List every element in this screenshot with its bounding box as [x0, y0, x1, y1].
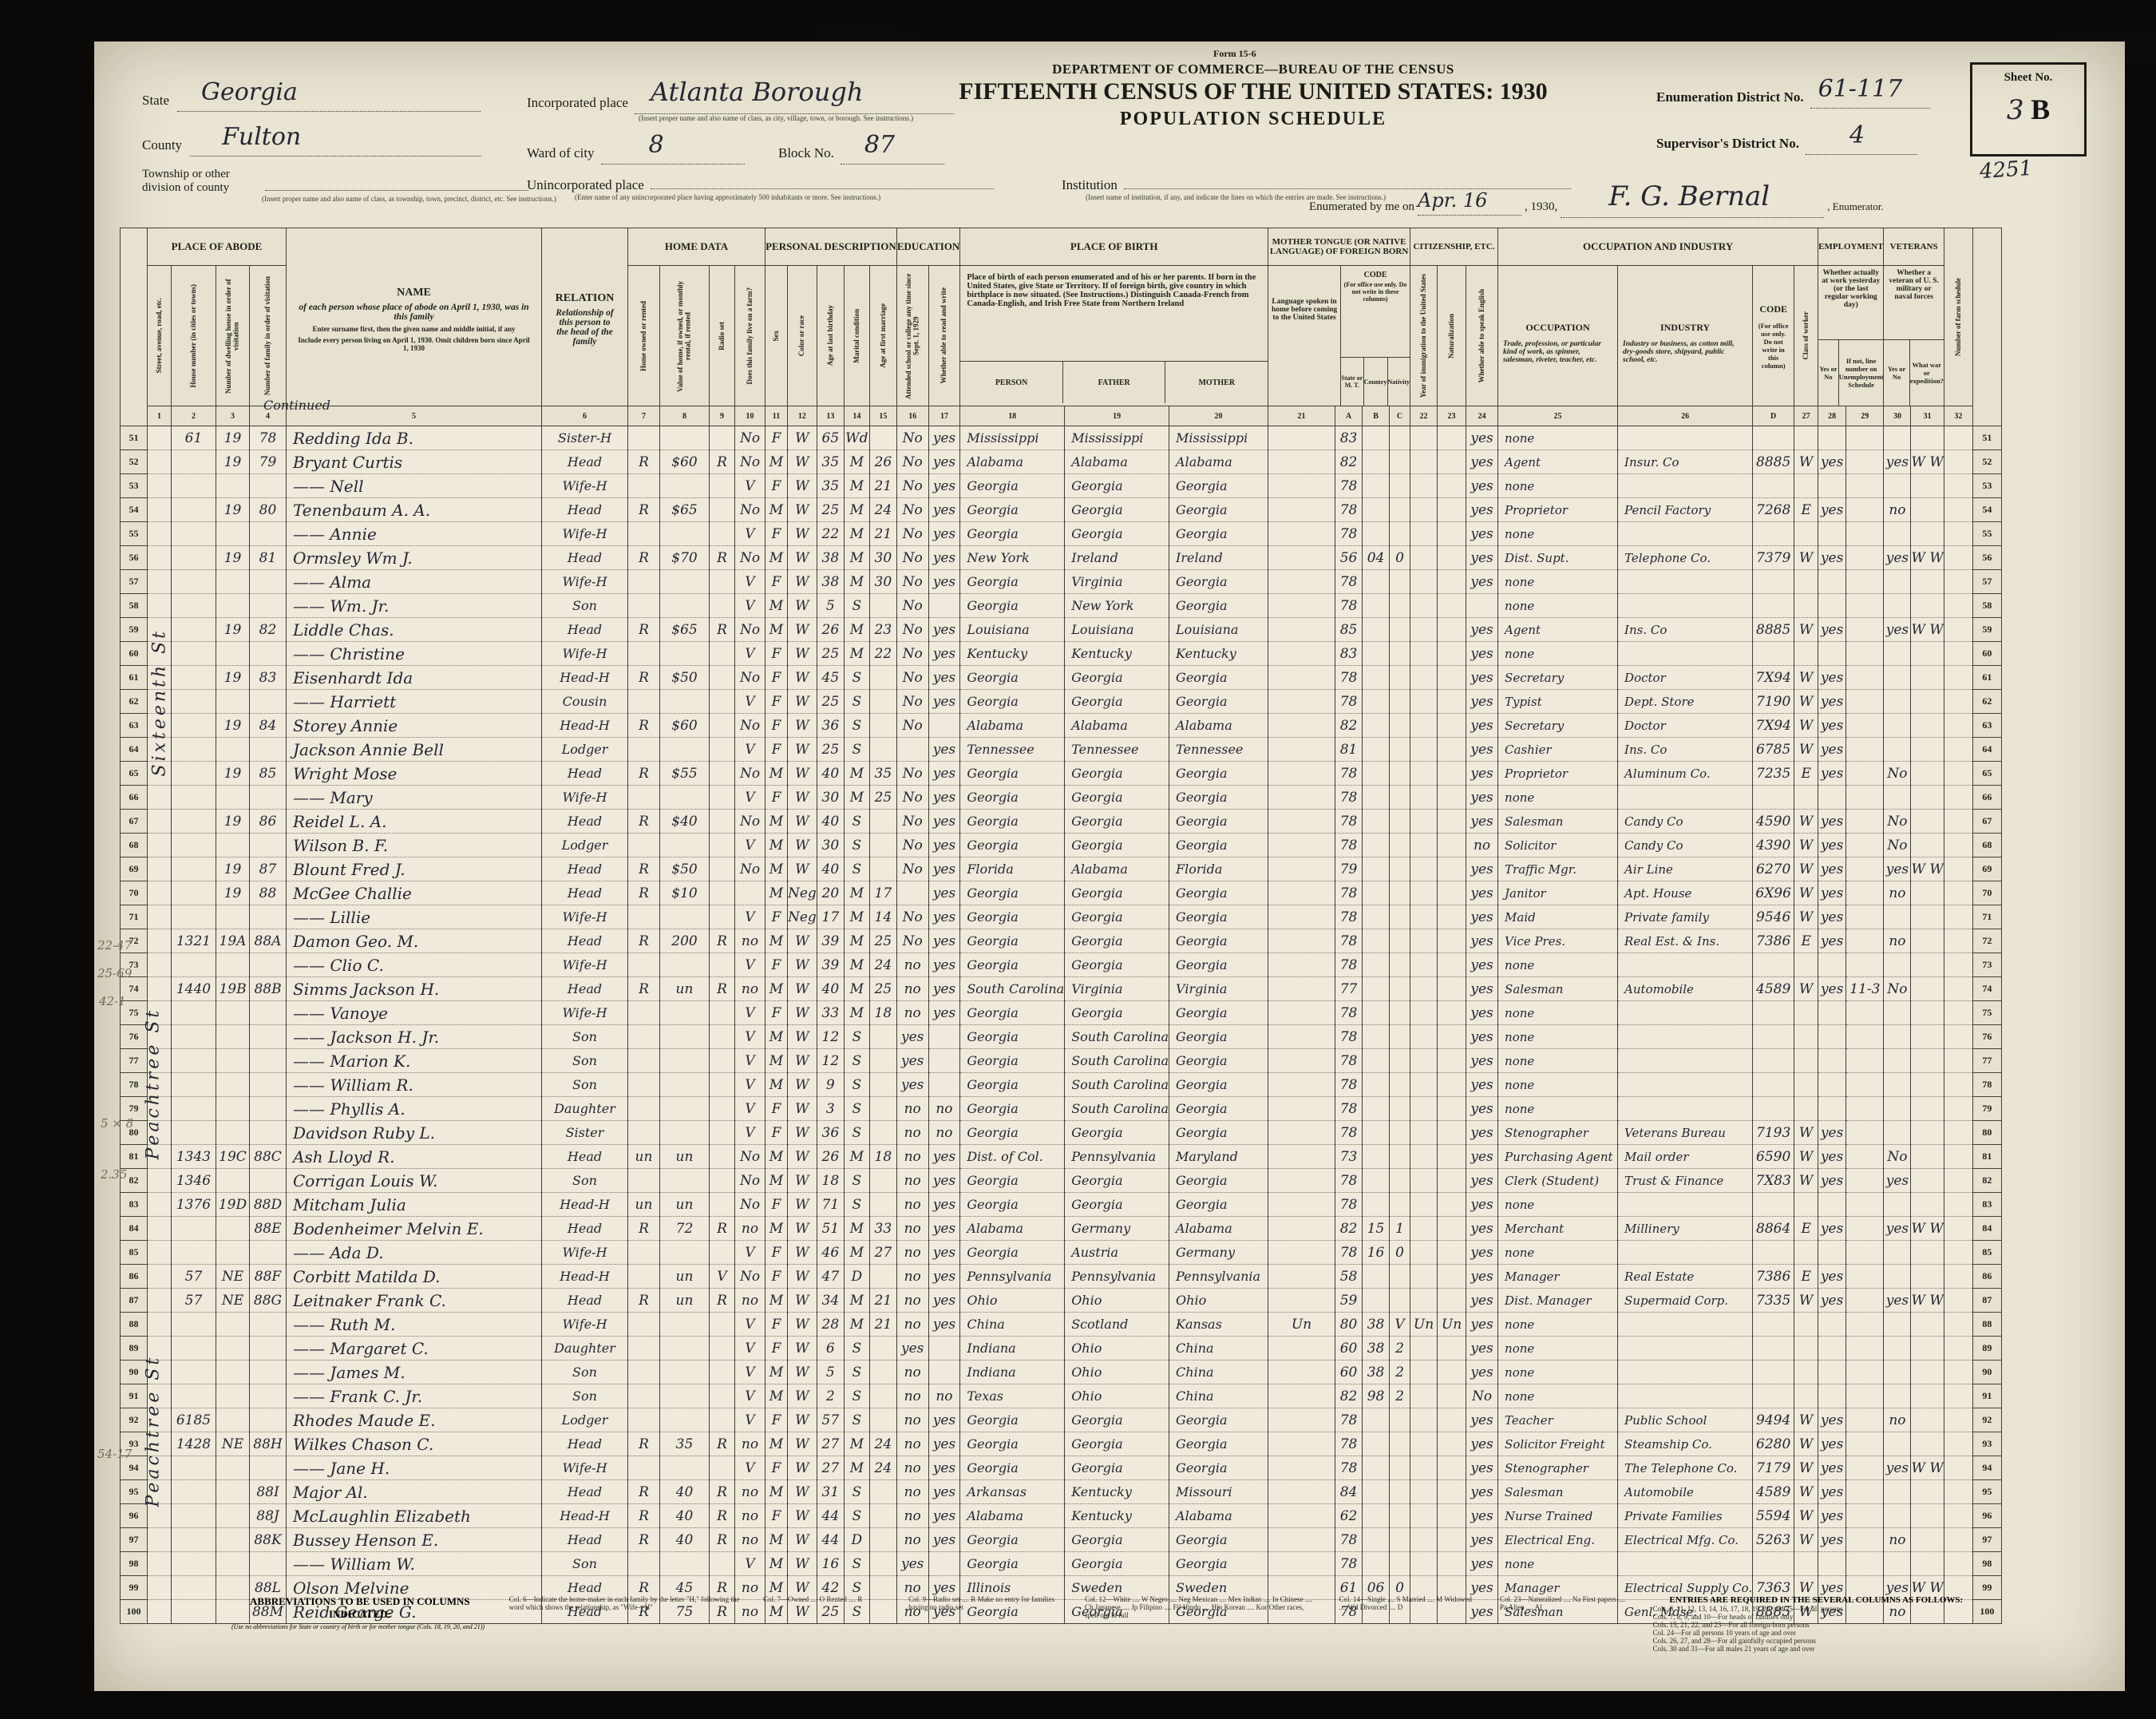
cell-ln-right: 71: [1972, 905, 2001, 929]
cell-sex: M: [765, 929, 788, 953]
cell-sex: M: [765, 858, 788, 881]
cell-cb: [1363, 570, 1390, 594]
cell-cls: E: [1794, 1265, 1818, 1289]
cell-name: —— Marion K.: [287, 1049, 542, 1073]
cell-race: W: [788, 666, 817, 690]
cell-cb: [1363, 1169, 1390, 1193]
cell-fam: 79: [250, 450, 287, 474]
cell-ln-right: 74: [1972, 977, 2001, 1001]
cell-eng: yes: [1466, 1552, 1498, 1576]
cell-nat: [1438, 546, 1466, 570]
cell-fam: [250, 1049, 287, 1073]
cell-rw: yes: [928, 1193, 960, 1217]
cell-v31: [1911, 426, 1944, 450]
cell-mar: S: [844, 714, 869, 738]
table-row: 85—— Ada D.Wife-HVFW46M27noyesGeorgiaAus…: [121, 1241, 2002, 1265]
cell-house: [172, 594, 216, 618]
cell-occ: none: [1498, 1552, 1618, 1576]
cell-bpm: Georgia: [1169, 690, 1268, 714]
cell-farm: no: [735, 1504, 765, 1528]
cell-eng: yes: [1466, 666, 1498, 690]
department-line: DEPARTMENT OF COMMERCE—BUREAU OF THE CEN…: [950, 61, 1557, 77]
cell-cls: W: [1794, 1408, 1818, 1432]
cell-c32: [1944, 1504, 1972, 1528]
cell-radio: [710, 810, 735, 834]
cell-own: [628, 1073, 660, 1097]
cell-lang: [1268, 1241, 1335, 1265]
cell-occ: none: [1498, 474, 1618, 498]
cell-yr: [1410, 977, 1438, 1001]
supervisors-district-value: 4: [1849, 121, 1865, 149]
occupation-header-cell: OCCUPATIONTrade, profession, or particul…: [1498, 266, 1618, 406]
cell-race: W: [788, 1241, 817, 1265]
cell-radio: [710, 1097, 735, 1121]
cell-code: 4589: [1753, 977, 1794, 1001]
column-number-28: 28: [1818, 406, 1846, 426]
cell-e29: [1846, 1384, 1884, 1408]
cell-ln-right: 97: [1972, 1528, 2001, 1552]
cell-occ: Cashier: [1498, 738, 1618, 762]
cell-sch: No: [896, 474, 928, 498]
cell-cb: [1363, 1121, 1390, 1145]
cell-ca: 60: [1335, 1361, 1363, 1384]
cell-v31: [1911, 1073, 1944, 1097]
cell-v30: No: [1884, 834, 1911, 858]
cell-cls: E: [1794, 498, 1818, 522]
cell-ca: 78: [1335, 834, 1363, 858]
cell-cls: [1794, 1025, 1818, 1049]
table-row: 89—— Margaret C.DaughterVFW6SyesIndianaO…: [121, 1337, 2002, 1361]
cell-occ: Merchant: [1498, 1217, 1618, 1241]
cell-nat: [1438, 786, 1466, 810]
cell-race: W: [788, 1361, 817, 1384]
cell-code: 8885: [1753, 618, 1794, 642]
cell-e28: yes: [1818, 762, 1846, 786]
cell-cb: [1363, 1456, 1390, 1480]
cell-bpp: Georgia: [960, 690, 1065, 714]
cell-cc: [1390, 714, 1410, 738]
cell-code: 7X94: [1753, 714, 1794, 738]
cell-fam: [250, 1169, 287, 1193]
footer-abbreviations: ABBREVIATIONS TO BE USED IN COLUMNS INDI…: [231, 1595, 1980, 1653]
cell-name: Wilkes Chason C.: [287, 1432, 542, 1456]
cell-ind: Private Families: [1618, 1504, 1753, 1528]
cell-bpp: Georgia: [960, 786, 1065, 810]
cell-c32: [1944, 786, 1972, 810]
cell-cls: W: [1794, 738, 1818, 762]
cell-v31: [1911, 834, 1944, 858]
cell-bpm: Pennsylvania: [1169, 1265, 1268, 1289]
cell-e28: [1818, 1384, 1846, 1408]
col-home-value: Value of home, if owned, or monthly rent…: [660, 266, 710, 406]
cell-bpf: Georgia: [1065, 786, 1169, 810]
cell-cc: [1390, 690, 1410, 714]
cell-rw: yes: [928, 1001, 960, 1025]
cell-e29: [1846, 953, 1884, 977]
cell-age: 22: [817, 522, 844, 546]
population-schedule-table: PLACE OF ABODE NAME of each person whose…: [120, 228, 2002, 1624]
cell-e28: [1818, 1337, 1846, 1361]
form-number: Form 15-6: [1213, 48, 1256, 60]
cell-mar: S: [844, 1121, 869, 1145]
cell-own: R: [628, 1504, 660, 1528]
cell-v30: [1884, 1001, 1911, 1025]
cell-dw: 19: [216, 810, 250, 834]
cell-v30: [1884, 1504, 1911, 1528]
cell-sex: F: [765, 714, 788, 738]
table-row: 60—— ChristineWife-HVFW25M22NoyesKentuck…: [121, 642, 2002, 666]
cell-rw: [928, 1337, 960, 1361]
column-number-B: B: [1363, 406, 1390, 426]
cell-c32: [1944, 1456, 1972, 1480]
cell-lang: [1268, 1289, 1335, 1313]
cell-e29: [1846, 1001, 1884, 1025]
entries-line: Col. 24—For all persons 10 years of age …: [1653, 1629, 1980, 1637]
cell-race: W: [788, 1456, 817, 1480]
cell-ln: 85: [121, 1241, 148, 1265]
cell-own: [628, 570, 660, 594]
cell-farm: no: [735, 977, 765, 1001]
cell-c32: [1944, 1193, 1972, 1217]
cell-radio: [710, 1001, 735, 1025]
cell-name: —— William W.: [287, 1552, 542, 1576]
cell-ln-right: 59: [1972, 618, 2001, 642]
cell-bpp: Georgia: [960, 1121, 1065, 1145]
margin-note: 42-1: [99, 994, 126, 1008]
cell-e28: yes: [1818, 450, 1846, 474]
ward-field: Ward of city 8: [527, 136, 745, 164]
cell-cls: W: [1794, 1480, 1818, 1504]
entries-line: Cols. 6, 11, 12, 13, 14, 16, 17, 18, 19,…: [1653, 1605, 1980, 1613]
cell-farm: V: [735, 1456, 765, 1480]
column-number-3: 3: [216, 406, 250, 426]
cell-own: [628, 1552, 660, 1576]
cell-cls: W: [1794, 690, 1818, 714]
cell-agem: 18: [869, 1145, 896, 1169]
cell-mar: Wd: [844, 426, 869, 450]
cell-mar: M: [844, 1289, 869, 1313]
cell-agem: [869, 1504, 896, 1528]
cell-lang: [1268, 1432, 1335, 1456]
cell-lang: [1268, 1265, 1335, 1289]
table-row: 75—— VanoyeWife-HVFW33M18noyesGeorgiaGeo…: [121, 1001, 2002, 1025]
cell-yr: [1410, 858, 1438, 881]
cell-bpm: Louisiana: [1169, 618, 1268, 642]
cell-e28: yes: [1818, 714, 1846, 738]
cell-c32: [1944, 618, 1972, 642]
cell-nat: [1438, 834, 1466, 858]
cell-v30: [1884, 1361, 1911, 1384]
cell-code: [1753, 1193, 1794, 1217]
cell-cls: W: [1794, 1121, 1818, 1145]
cell-ca: 78: [1335, 881, 1363, 905]
cell-nat: [1438, 977, 1466, 1001]
cell-ln-right: 87: [1972, 1289, 2001, 1313]
cell-race: W: [788, 450, 817, 474]
cell-cb: [1363, 714, 1390, 738]
cell-ln-right: 54: [1972, 498, 2001, 522]
cell-name: —— Ruth M.: [287, 1313, 542, 1337]
cell-cb: 38: [1363, 1313, 1390, 1337]
cell-name: —— Jane H.: [287, 1456, 542, 1480]
cell-c32: [1944, 594, 1972, 618]
cell-bpp: Alabama: [960, 714, 1065, 738]
cell-cls: W: [1794, 1456, 1818, 1480]
cell-val: un: [660, 1265, 710, 1289]
cell-v30: [1884, 570, 1911, 594]
cell-sex: M: [765, 762, 788, 786]
cell-rw: yes: [928, 1217, 960, 1241]
cell-radio: R: [710, 1480, 735, 1504]
cell-race: W: [788, 642, 817, 666]
cell-sch: No: [896, 426, 928, 450]
cell-val: [660, 786, 710, 810]
cell-ln: 68: [121, 834, 148, 858]
cell-cc: [1390, 1121, 1410, 1145]
cell-cb: [1363, 1025, 1390, 1049]
cell-ln-right: 52: [1972, 450, 2001, 474]
cell-rw: yes: [928, 1456, 960, 1480]
cell-yr: [1410, 762, 1438, 786]
cell-sex: M: [765, 1480, 788, 1504]
cell-own: R: [628, 762, 660, 786]
cell-street: [148, 522, 172, 546]
cell-own: [628, 1361, 660, 1384]
cell-bpf: Louisiana: [1065, 618, 1169, 642]
column-number-7: 7: [628, 406, 660, 426]
census-title: FIFTEENTH CENSUS OF THE UNITED STATES: 1…: [902, 78, 1604, 105]
col-race: Color or race: [788, 266, 817, 406]
cell-lang: [1268, 474, 1335, 498]
cell-bpf: Pennsylvania: [1065, 1265, 1169, 1289]
cell-code: 4589: [1753, 1480, 1794, 1504]
state-field: State Georgia: [142, 83, 517, 112]
cell-e28: yes: [1818, 738, 1846, 762]
cell-v30: [1884, 786, 1911, 810]
cell-ln: 86: [121, 1265, 148, 1289]
cell-cc: [1390, 1145, 1410, 1169]
cell-ln-right: 81: [1972, 1145, 2001, 1169]
cell-bpm: Georgia: [1169, 834, 1268, 858]
cell-radio: [710, 786, 735, 810]
cell-age: 26: [817, 618, 844, 642]
cell-e28: yes: [1818, 1456, 1846, 1480]
column-number-C: C: [1390, 406, 1410, 426]
cell-nat: [1438, 1073, 1466, 1097]
cell-name: Reidel L. A.: [287, 810, 542, 834]
state-label: State: [142, 93, 169, 108]
enumeration-district-value: 61-117: [1818, 75, 1903, 103]
cell-cb: 38: [1363, 1361, 1390, 1384]
cell-val: [660, 953, 710, 977]
emp-yes-no: Yes or No: [1818, 340, 1839, 406]
cell-cls: W: [1794, 666, 1818, 690]
cell-bpm: Tennessee: [1169, 738, 1268, 762]
cell-c32: [1944, 690, 1972, 714]
cell-farm: V: [735, 1121, 765, 1145]
cell-race: Neg: [788, 881, 817, 905]
cell-age: 34: [817, 1289, 844, 1313]
cell-rel: Lodger: [542, 1408, 628, 1432]
cell-bpf: Georgia: [1065, 1121, 1169, 1145]
cell-sch: No: [896, 498, 928, 522]
cell-ln-right: 62: [1972, 690, 2001, 714]
cell-age: 40: [817, 977, 844, 1001]
cell-dw: 19: [216, 498, 250, 522]
cell-ln-right: 69: [1972, 858, 2001, 881]
cell-own: [628, 1049, 660, 1073]
cell-dw: [216, 690, 250, 714]
cell-race: W: [788, 1504, 817, 1528]
cell-fam: 88H: [250, 1432, 287, 1456]
cell-sch: yes: [896, 1552, 928, 1576]
cell-cc: 2: [1390, 1337, 1410, 1361]
cell-rw: yes: [928, 690, 960, 714]
cell-cb: [1363, 1480, 1390, 1504]
cell-sex: F: [765, 642, 788, 666]
cell-radio: [710, 1241, 735, 1265]
cell-street: [148, 1528, 172, 1552]
cell-cls: [1794, 1193, 1818, 1217]
cell-e28: [1818, 1361, 1846, 1384]
cell-own: [628, 1408, 660, 1432]
cell-dw: [216, 1001, 250, 1025]
cell-bpm: Georgia: [1169, 1025, 1268, 1049]
cell-cb: [1363, 881, 1390, 905]
cell-ind: Doctor: [1618, 714, 1753, 738]
cell-e29: [1846, 786, 1884, 810]
cell-ln-right: 66: [1972, 786, 2001, 810]
cell-c32: [1944, 498, 1972, 522]
cell-mar: M: [844, 1145, 869, 1169]
cell-age: 36: [817, 714, 844, 738]
cell-v31: [1911, 690, 1944, 714]
cell-sch: no: [896, 953, 928, 977]
cell-dw: [216, 1528, 250, 1552]
cell-cc: [1390, 1432, 1410, 1456]
cell-cb: [1363, 1097, 1390, 1121]
cell-e29: [1846, 522, 1884, 546]
cell-nat: [1438, 522, 1466, 546]
abbr-col-14: Col. 14—Single .... S Married .... M Wid…: [1339, 1595, 1478, 1653]
cell-own: R: [628, 666, 660, 690]
cell-name: Ormsley Wm J.: [287, 546, 542, 570]
cell-v31: [1911, 1145, 1944, 1169]
cell-own: [628, 1265, 660, 1289]
cell-street: [148, 858, 172, 881]
cell-sex: F: [765, 690, 788, 714]
cell-farm: V: [735, 738, 765, 762]
cell-age: 27: [817, 1456, 844, 1480]
schedule-title: POPULATION SCHEDULE: [1030, 109, 1477, 130]
cell-sch: no: [896, 1169, 928, 1193]
table-row: 521979Bryant CurtisHeadR$60RNoMW35M26Noy…: [121, 450, 2002, 474]
group-employment: EMPLOYMENT: [1818, 228, 1884, 266]
cell-race: W: [788, 1001, 817, 1025]
cell-bpp: Arkansas: [960, 1480, 1065, 1504]
table-row: 671986Reidel L. A.HeadR$40NoMW40SNoyesGe…: [121, 810, 2002, 834]
cell-e29: [1846, 1193, 1884, 1217]
cell-code: 5594: [1753, 1504, 1794, 1528]
cell-occ: Nurse Trained: [1498, 1504, 1618, 1528]
cell-race: W: [788, 1408, 817, 1432]
cell-code: 6280: [1753, 1432, 1794, 1456]
cell-occ: none: [1498, 1097, 1618, 1121]
cell-race: W: [788, 1432, 817, 1456]
cell-v31: [1911, 953, 1944, 977]
cell-bpm: Georgia: [1169, 522, 1268, 546]
cell-ca: 58: [1335, 1265, 1363, 1289]
cell-fam: 88I: [250, 1480, 287, 1504]
cell-age: 35: [817, 474, 844, 498]
group-mother-tongue: MOTHER TONGUE (OR NATIVE LANGUAGE) OF FO…: [1268, 228, 1410, 266]
cell-race: W: [788, 1384, 817, 1408]
cell-code: 7386: [1753, 929, 1794, 953]
cell-e28: [1818, 1193, 1846, 1217]
cell-val: [660, 1241, 710, 1265]
cell-age: 38: [817, 546, 844, 570]
cell-bpm: Kansas: [1169, 1313, 1268, 1337]
cell-nat: [1438, 810, 1466, 834]
cell-street: [148, 834, 172, 858]
cell-yr: Un: [1410, 1313, 1438, 1337]
cell-occ: Solicitor: [1498, 834, 1618, 858]
cell-house: [172, 1600, 216, 1624]
cell-ln-right: 80: [1972, 1121, 2001, 1145]
cell-bpm: Georgia: [1169, 1073, 1268, 1097]
table-row: 90—— James M.SonVMW5SnoIndianaOhioChina6…: [121, 1361, 2002, 1384]
cell-v30: no: [1884, 929, 1911, 953]
cell-v31: [1911, 1432, 1944, 1456]
cell-ind: [1618, 1552, 1753, 1576]
cell-ca: 78: [1335, 1049, 1363, 1073]
cell-lang: [1268, 594, 1335, 618]
cell-sex: M: [765, 1552, 788, 1576]
cell-fam: 78: [250, 426, 287, 450]
cell-sch: No: [896, 450, 928, 474]
cell-eng: yes: [1466, 474, 1498, 498]
cell-nat: [1438, 1145, 1466, 1169]
cell-ind: Steamship Co.: [1618, 1432, 1753, 1456]
cell-v30: yes: [1884, 1456, 1911, 1480]
cell-rw: yes: [928, 1432, 960, 1456]
cell-name: —— Mary: [287, 786, 542, 810]
cell-bpm: Alabama: [1169, 1217, 1268, 1241]
cell-e28: yes: [1818, 1145, 1846, 1169]
cell-val: $55: [660, 762, 710, 786]
cell-v30: [1884, 1313, 1911, 1337]
cell-radio: [710, 1193, 735, 1217]
cell-bpm: China: [1169, 1384, 1268, 1408]
cell-farm: no: [735, 1289, 765, 1313]
cell-cls: [1794, 570, 1818, 594]
cell-rw: [928, 1025, 960, 1049]
cell-ln-right: 92: [1972, 1408, 2001, 1432]
cell-cb: 04: [1363, 546, 1390, 570]
cell-cb: 16: [1363, 1241, 1390, 1265]
cell-radio: [710, 498, 735, 522]
cell-ln: 71: [121, 905, 148, 929]
cell-v30: [1884, 1049, 1911, 1073]
cell-bpf: Alabama: [1065, 858, 1169, 881]
cell-lang: [1268, 570, 1335, 594]
cell-sex: F: [765, 522, 788, 546]
cell-code: 7335: [1753, 1289, 1794, 1313]
cell-eng: yes: [1466, 905, 1498, 929]
cell-sch: No: [896, 666, 928, 690]
cell-street: [148, 810, 172, 834]
cell-ln-right: 76: [1972, 1025, 2001, 1049]
